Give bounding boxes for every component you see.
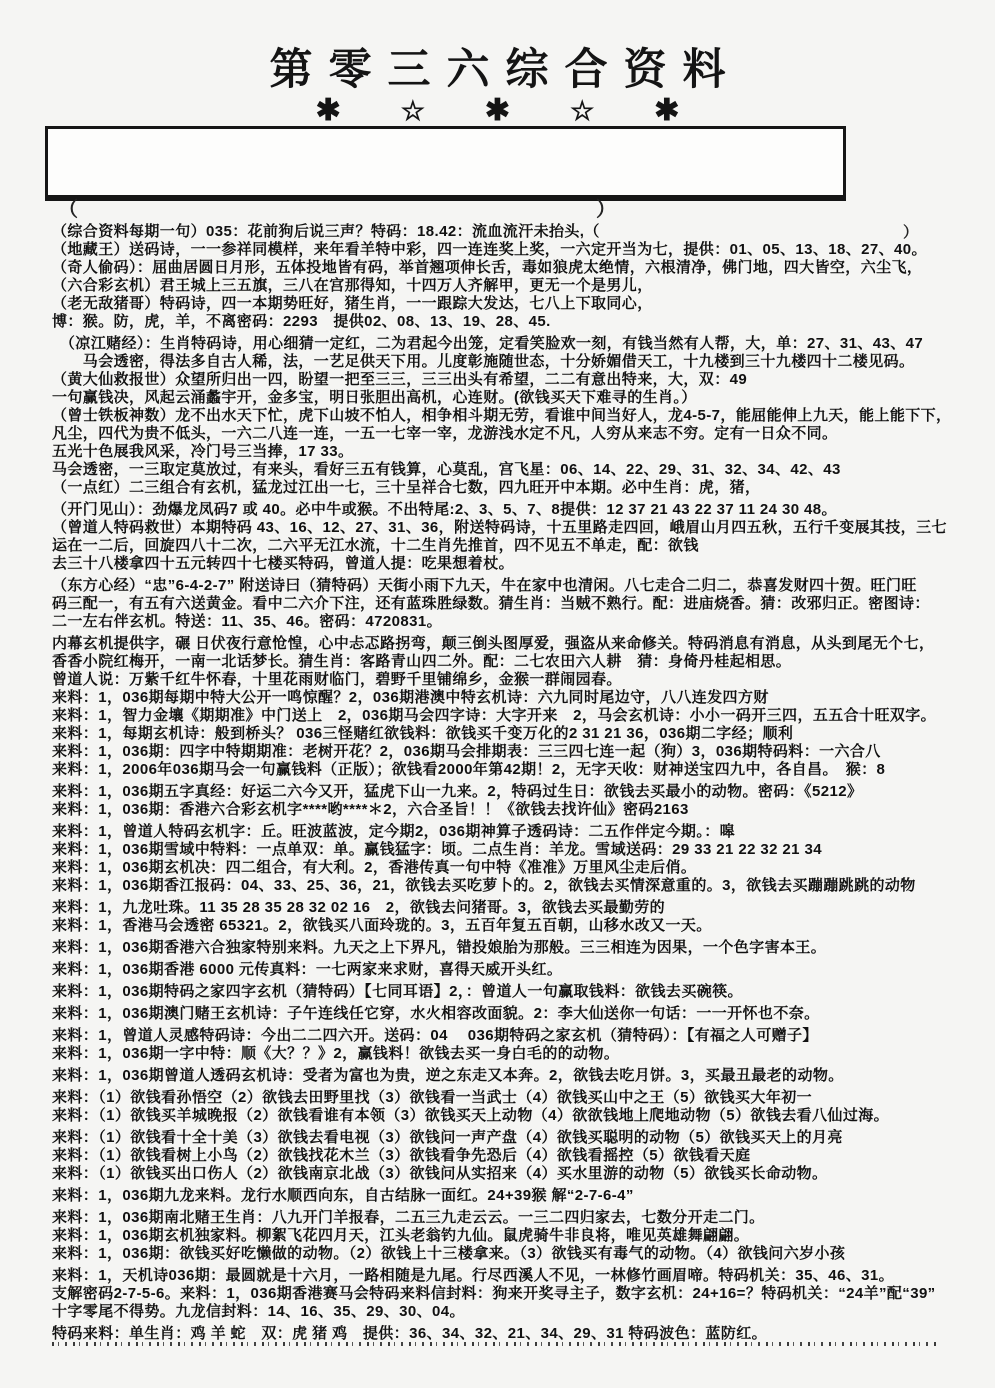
text-line: 一句赢钱决，风起云涌蠡宇开，金多宝，明日张胆出高机，心连财。(欲钱买天下难寻的生…: [52, 389, 967, 407]
page-title: 第零三六综合资料: [0, 36, 995, 97]
outline-star-icon: ☆: [570, 94, 594, 128]
text-line: （奇人偷码）：屈曲居圆日月形，五体投地皆有码，举首翘项伸长舌，毒如狼虎太绝情，六…: [52, 259, 967, 277]
text-line: 凡尘，四代为贵不低头，一六二八连一连，一五一七宰一宰，龙游浅水定不凡，人穷从来志…: [52, 425, 967, 443]
text-line: 运在一二后，回旋四八十二次，二六平无江水流，十二生肖先推首，四不见五不单走，配：…: [52, 537, 967, 555]
outline-star-icon: ☆: [401, 94, 425, 128]
text-line: 来料：（1）欲钱看孙悟空（2）欲钱去田野里找（3）欲钱看一当武士（4）欲钱买山中…: [52, 1089, 967, 1107]
text-line: 来料：1，智力金壤《期期准》中门送上 2，036期马会四字诗：大字开来 2，马会…: [52, 707, 967, 725]
text-line: 来料：1，036期九龙来料。龙行水顺西向东，自古结脉一面红。24+39猴 解“2…: [52, 1187, 967, 1205]
text-line: 五光十色展我风采，冷门号三当捧，17 33。: [52, 443, 967, 461]
text-line: 来料：1，香港马会透密 65321。2，欲钱买八面玲珑的。3，五百年复五百朝，山…: [52, 917, 967, 935]
text-line: 来料：1，天机诗036期：最圆就是十六月，一路相随是九尾。行尽西溪人不见，一林修…: [52, 1267, 967, 1285]
text-line: 来料：1，036期香港 6000 元传真料：一七两家来求财，喜得天威开头红。: [52, 961, 967, 979]
text-line: 来料：（1）欲钱看树上小鸟（2）欲钱找花木兰（3）欲钱看争先恐后（4）欲钱看摇控…: [52, 1147, 967, 1165]
text-line: 来料：（1）欲钱买羊城晚报（2）欲钱看谁有本领（3）欲钱买天上动物（4）欲欲钱地…: [52, 1107, 967, 1125]
text-line: 来料：1，每期玄机诗：般到桥头？ 036三怪赌红欲钱料：欲钱买千变万化的2 31…: [52, 725, 967, 743]
text-line: 来料：1，036期：四字中特期期准：老树开花？2，036期马会排期表：三三四七连…: [52, 743, 967, 761]
text-line: 来料：1，九龙吐珠。11 35 28 35 28 32 02 16 2，欲钱去问…: [52, 899, 967, 917]
filled-asterisk-icon: ✱: [316, 94, 341, 128]
text-line: 来料：1，036期玄机决：四二组合，有大利。2，香港传真一句中特《准准》万里风尘…: [52, 859, 967, 877]
text-line: 特码来料：单生肖：鸡 羊 蛇 双：虎 猪 鸡 提供：36、34、32、21、34…: [52, 1325, 967, 1343]
text-line: 博：猴。防，虎，羊，不离密码：2293 提供02、08、13、19、28、45.: [52, 313, 967, 331]
filled-asterisk-icon: ✱: [654, 94, 679, 128]
star-row: ✱☆✱☆✱: [0, 94, 995, 128]
text-line: 来料：1，036期玄机独家料。柳絮飞花四月天，江头老翁钓九仙。鼠虎骑牛非良将，唯…: [52, 1227, 967, 1245]
text-line: 来料：1，036期特码之家四字玄机（猜特码）【七同耳语】2，：曾道人一句赢取钱料…: [52, 983, 967, 1001]
text-line: （曾士铁板神数）龙不出水天下忙，虎下山坡不怕人，相争相斗期无劳，看谁中间当好人，…: [52, 407, 967, 425]
text-line: 来料：1，036期：香港六合彩玄机字****哟****＊2，六合圣旨！！《欲钱去…: [52, 801, 967, 819]
scanned-lottery-sheet: 第零三六综合资料 ✱☆✱☆✱ （ ） ） （综合资料每期一句）035：花前狗后说…: [0, 0, 995, 1388]
text-line: 来料：（1）欲钱看十全十美（3）欲钱去看电视（3）欲钱问一声产盘（4）欲钱买聪明…: [52, 1129, 967, 1147]
truncated-bottom-line: [52, 1342, 940, 1346]
text-line: （六合彩玄机）君王城上三五旗，三八在宫那得知，十四万人齐解甲，更无一个是男儿，: [52, 277, 967, 295]
text-line: 来料：1，2006年036期马会一句赢钱料（正版）；欲钱看2000年第42期！2…: [52, 761, 967, 779]
text-line: 香香小院红梅开，一南一北话梦长。猜生肖：客路青山四二外。配：二七农田六人耕 猜：…: [52, 653, 967, 671]
text-line: 来料：1，036期曾道人透码玄机诗：受者为富也为贵，逆之东走又本奔。2，欲钱去吃…: [52, 1067, 967, 1085]
text-line: 来料：1，036期香江报码：04、33、25、36，21，欲钱去买吃萝卜的。2，…: [52, 877, 967, 895]
text-line: 来料：1，036期五字真经：好运二六今又开，猛虎下山一九来。2，特码过生日：欲钱…: [52, 783, 967, 801]
text-line: 支解密码2-7-5-6。来料：1，036期香港赛马会特码来料信封料：狗来开奖寻主…: [52, 1285, 967, 1303]
text-line: （开门见山）：劲爆龙凤码7 或 40。必中牛或猴。不出特尾:2、3、5、7、8提…: [52, 501, 967, 519]
text-line: 码三配一，有五有六送黄金。看中二六介下注，还有蓝珠胜绿数。猜生肖：当贼不熟行。配…: [52, 595, 967, 613]
text-line: 马会透密，一三取定莫放过，有来头，看好三五有钱算，心莫乱，宫飞星：06、14、2…: [52, 461, 967, 479]
text-line: 马会透密，得法多自古人稀，法，一艺足供天下用。儿度彰施随世态，十分娇媚借天工，十…: [52, 353, 967, 371]
text-line: 曾道人说：万紫千红牛怀春，十里花雨财临门，碧野千里铺绵乡，金猴一群闹园春。: [52, 671, 967, 689]
text-line: （一点红）二三组合有玄机，猛龙过江出一七，三十呈祥合七数，四九旺开中本期。必中生…: [52, 479, 967, 497]
decorative-close-paren: ）: [596, 193, 616, 222]
text-line: （黄大仙救报世）众望所归出一四，盼望一把至三三，三三出头有希望，二二有意出特来，…: [52, 371, 967, 389]
text-line: 去三十八楼拿四十五元转四十七楼买特码，曾道人提：吃果想着杖。: [52, 555, 967, 573]
decorative-open-paren: （: [58, 193, 78, 222]
text-line: 来料：（1）欲钱买出口伤人（2）欲钱南京北战（3）欲钱问从实招来（4）买水里游的…: [52, 1165, 967, 1183]
text-line: 来料：1，036期一字中特：顺《大？？》2，赢钱料！欲钱去买一身白毛的的动物。: [52, 1045, 967, 1063]
text-line: （曾道人特码救世）本期特码 43、16、12、27、31、36，附送特码诗，十五…: [52, 519, 967, 537]
text-line: （综合资料每期一句）035：花前狗后说三声？特码：18.42：流血流汗未抬头,（: [52, 223, 967, 241]
text-line: 来料：1，036期香港六合独家特别来料。九天之上下界凡，错投娘胎为那般。三三相连…: [52, 939, 967, 957]
text-line: 来料：1，036期：欲钱买好吃懒做的动物。（2）欲钱上十三楼拿来。（3）欲钱买有…: [52, 1245, 967, 1263]
text-line: 内幕玄机提供字，碾 日伏夜行意怆惶，心中忐忑路拐弯，颠三倒头图厚爱，强盗从来命修…: [52, 635, 967, 653]
text-line: 来料：1，曾道人特码玄机字：丘。旺波蓝波，定今期2，036期神算子透码诗：二五作…: [52, 823, 967, 841]
text-line: 来料：1，036期雪域中特料：一点单双：单。赢钱猛字：顷。二点生肖：羊龙。雪域送…: [52, 841, 967, 859]
text-line: （凉江赌经）：生肖特码诗，用心细猜一定红，二为君起今出笼，定看笑脸欢一刻，有钱当…: [52, 335, 967, 353]
text-line: 十字零尾不得势。九龙信封料：14、16、35、29、30、04。: [52, 1303, 967, 1321]
text-line: 来料：1，036期每期中特大公开一鸣惊醒？2，036期港澳中特玄机诗：六九同时尾…: [52, 689, 967, 707]
text-line: （地藏王）送码诗，一一参祥同模样，来年看羊特中彩，四一连连奖上奖，一六定开当为七…: [52, 241, 967, 259]
notice-box: [45, 126, 846, 201]
text-line: 来料：1，曾道人灵感特码诗：今出二二四六开。送码：04 036期特码之家玄机（猜…: [52, 1027, 967, 1045]
text-body: （综合资料每期一句）035：花前狗后说三声？特码：18.42：流血流汗未抬头,（…: [52, 223, 967, 1343]
text-line: 二一左右伴玄机。特送：11、35、46。密码：4720831。: [52, 613, 967, 631]
text-line: （东方心经）“忠”6-4-2-7” 附送诗曰（猜特码）天街小雨下九天，牛在家中也…: [52, 577, 967, 595]
text-line: 来料：1，036期澳门赌王玄机诗：子午连线任它穿，水火相容改面貌。2：李大仙送你…: [52, 1005, 967, 1023]
text-line: （老无敌猪哥）特码诗，四一本期势旺好，猪生肖，一一跟踪大发达，七八上下取同心，: [52, 295, 967, 313]
text-line: 来料：1，036期南北赌王生肖：八九开门羊报春，二五三九走云云。一三二四归家去，…: [52, 1209, 967, 1227]
filled-asterisk-icon: ✱: [485, 94, 510, 128]
